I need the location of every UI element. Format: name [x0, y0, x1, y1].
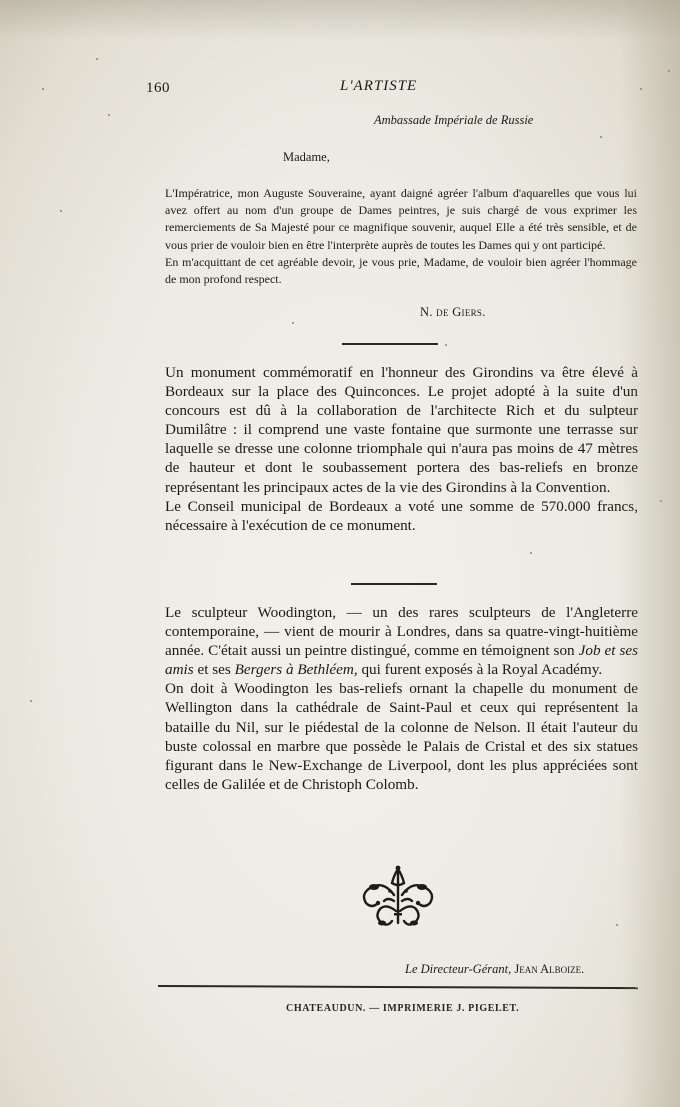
letter-signature: N. de Giers. — [420, 305, 486, 320]
paper-speck — [660, 500, 662, 502]
section-divider — [342, 343, 438, 345]
article-paragraph: Le sculpteur Woodington, — un des rares … — [165, 603, 638, 679]
printer-imprint: CHATEAUDUN. — IMPRIMERIE J. PIGELET. — [286, 1003, 519, 1014]
article-woodington: Le sculpteur Woodington, — un des rares … — [165, 603, 638, 794]
paper-speck — [30, 700, 32, 702]
paper-speck — [530, 552, 532, 554]
fleuron-ornament-icon — [348, 863, 448, 933]
director-signature: Le Directeur-Gérant, Jean Alboize. — [405, 962, 584, 977]
page-number: 160 — [146, 80, 170, 97]
letter-salutation: Madame, — [283, 150, 330, 165]
director-name: Jean Alboize. — [514, 962, 584, 976]
paper-speck — [668, 70, 670, 72]
article-girondins: Un monument commémoratif en l'honneur de… — [165, 363, 638, 535]
paper-speck — [600, 136, 602, 138]
article-paragraph: On doit à Woodington les bas-reliefs orn… — [165, 679, 638, 794]
article-paragraph: Un monument commémoratif en l'honneur de… — [165, 363, 638, 497]
paper-speck — [60, 210, 62, 212]
director-label: Le Directeur-Gérant, — [405, 962, 511, 976]
paper-speck — [616, 924, 618, 926]
letter-heading: Ambassade Impériale de Russie — [374, 113, 533, 128]
paper-speck — [445, 344, 447, 346]
document-page: 160 L'ARTISTE Ambassade Impériale de Rus… — [0, 0, 680, 1107]
letter-body: L'Impératrice, mon Auguste Souveraine, a… — [165, 185, 637, 288]
letter-paragraph: L'Impératrice, mon Auguste Souveraine, a… — [165, 185, 637, 254]
letter-paragraph: En m'acquittant de cet agréable devoir, … — [165, 254, 637, 288]
footer-rule — [158, 985, 638, 989]
text-run: et ses — [194, 661, 235, 678]
paper-speck — [108, 114, 110, 116]
paper-speck — [96, 58, 98, 60]
paper-speck — [42, 88, 44, 90]
running-title: L'ARTISTE — [340, 78, 417, 95]
paper-speck — [640, 88, 642, 90]
article-paragraph: Le Conseil municipal de Bordeaux a voté … — [165, 497, 638, 535]
paper-speck — [292, 322, 294, 324]
section-divider — [351, 583, 437, 585]
text-run: Le sculpteur Woodington, — un des rares … — [165, 604, 638, 659]
work-title: Bergers à Bethléem — [235, 661, 354, 678]
text-run: , qui furent exposés à la Royal Académy. — [354, 661, 602, 678]
